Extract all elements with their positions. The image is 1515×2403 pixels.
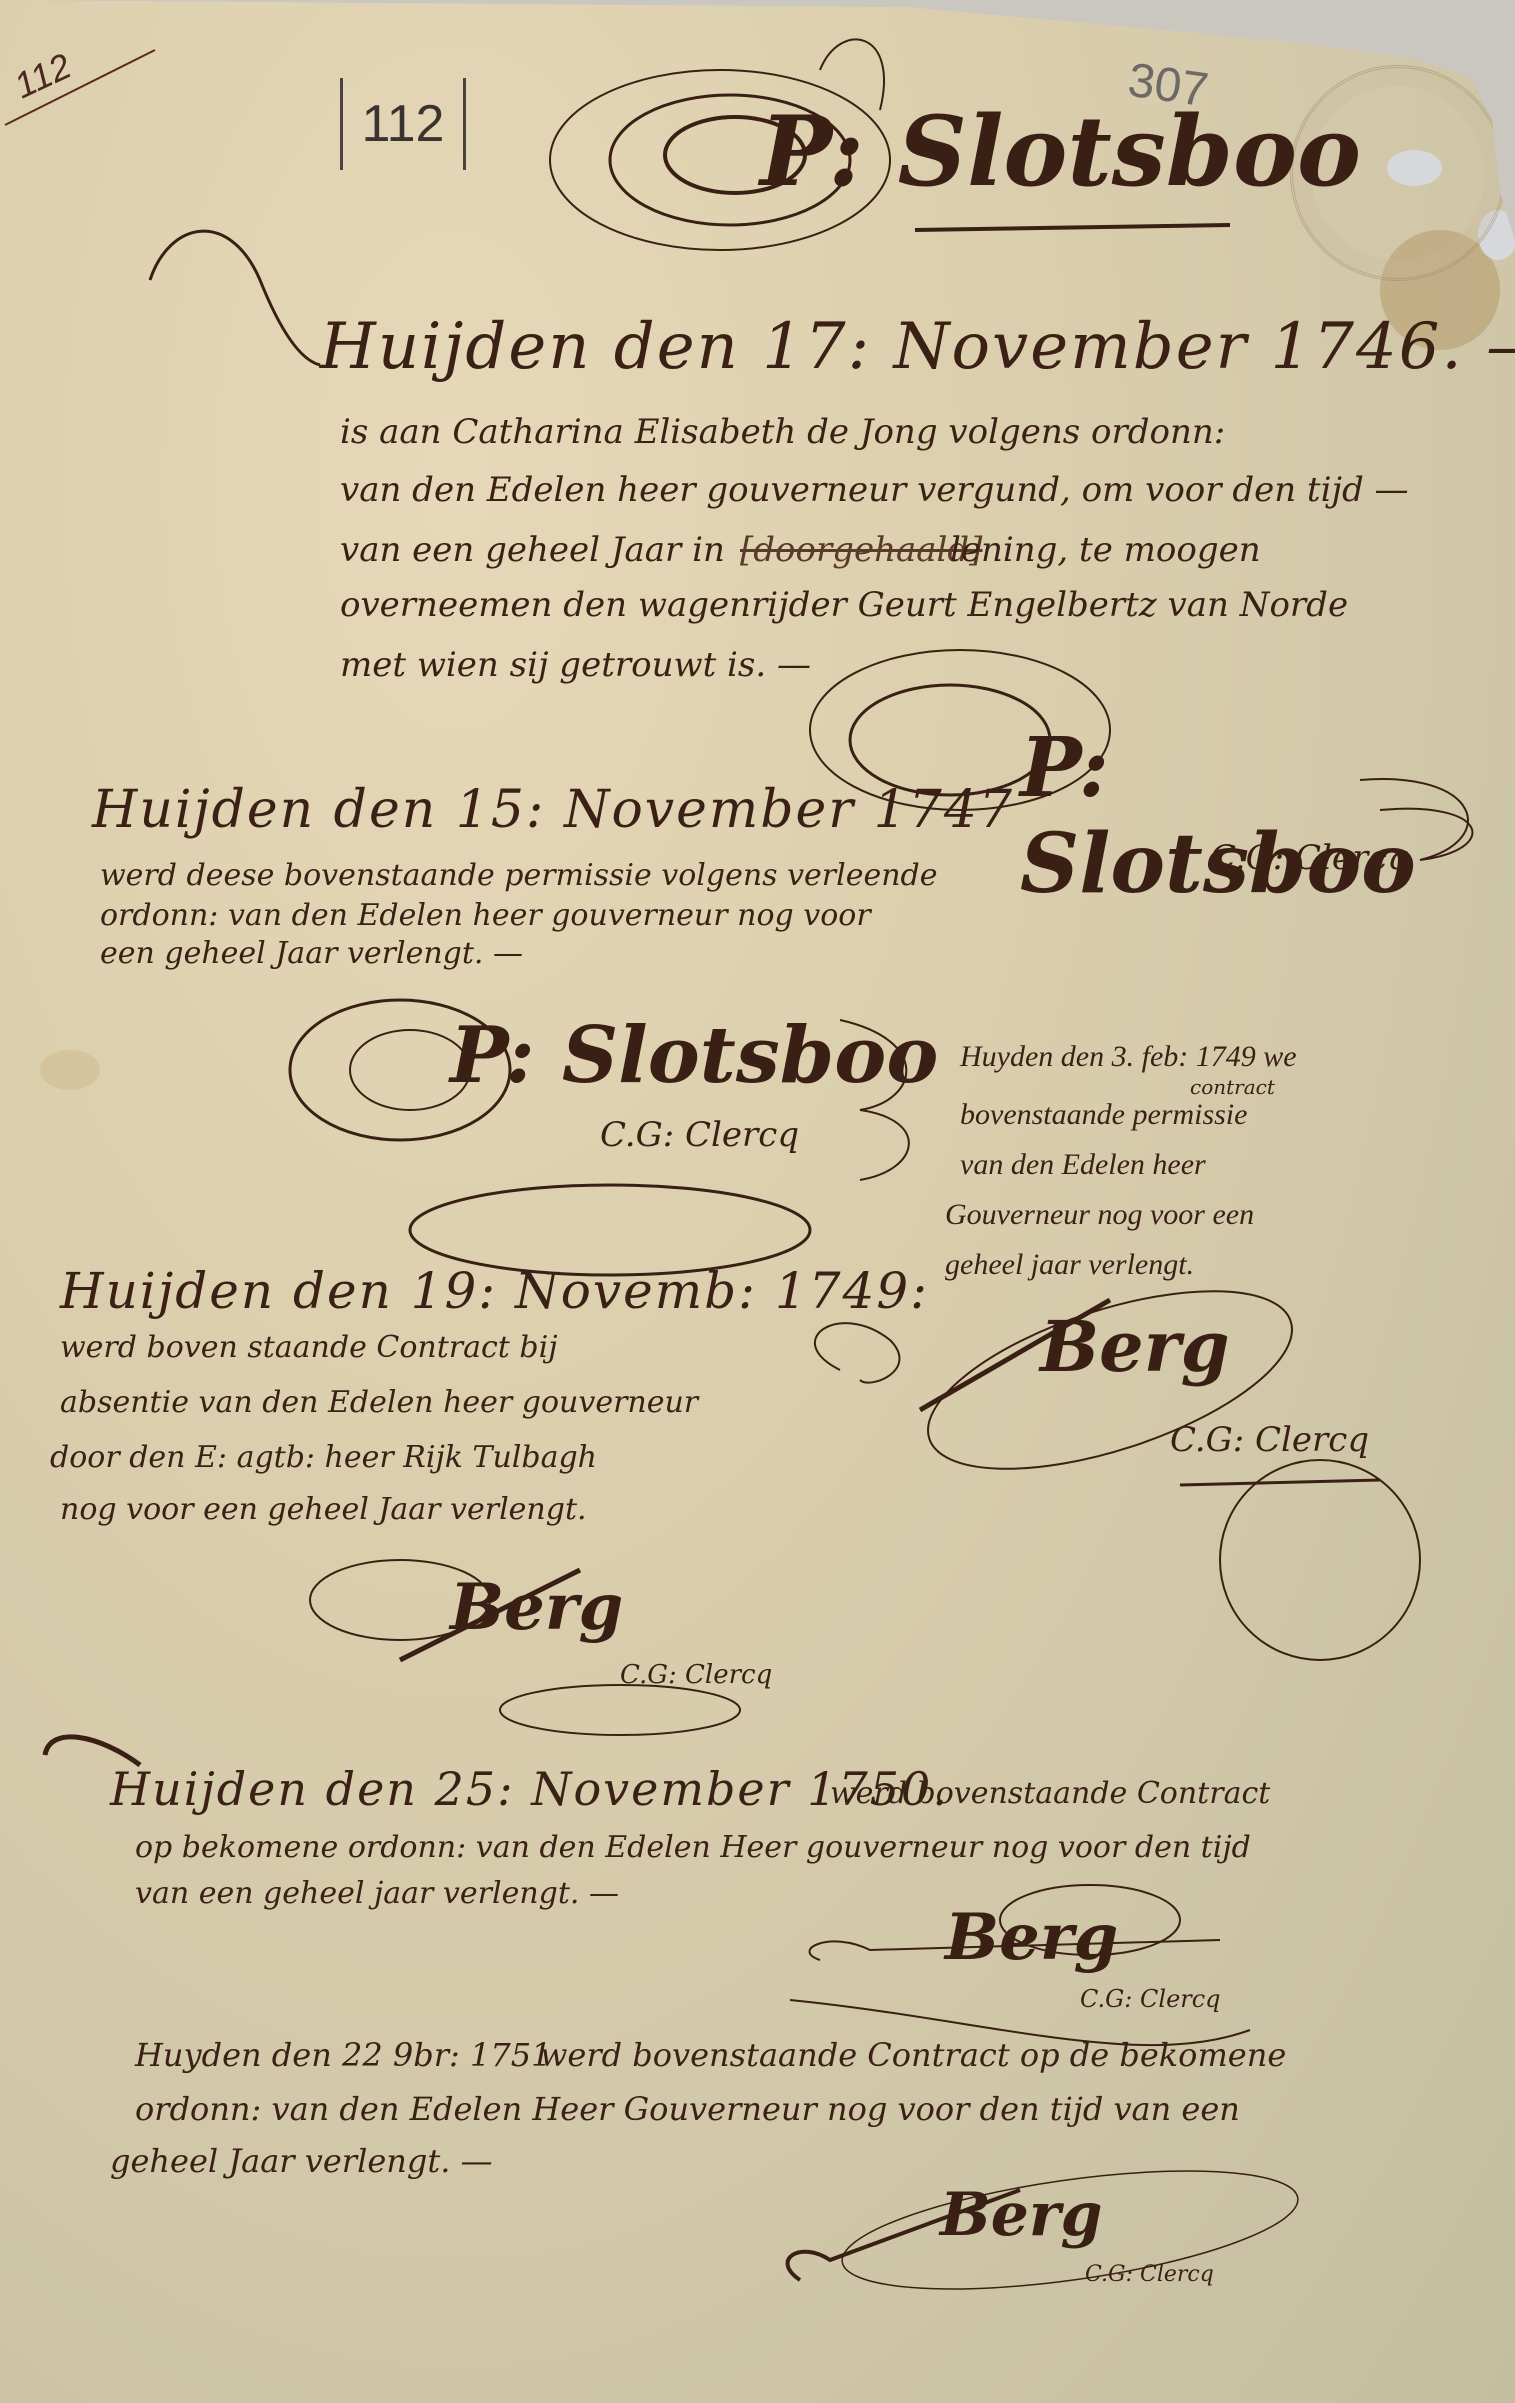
entry2-line-2: ordonn: van den Edelen heer gouverneur n… [100, 898, 871, 933]
entry5-date-heading: Huijden den 25: November 1750. [110, 1762, 949, 1816]
entry5-line-1: werd bovenstaande Contract [830, 1776, 1270, 1811]
entry3-line-1: bovenstaande permissie [960, 1098, 1247, 1132]
entry1-line-3: van een geheel Jaar in [340, 530, 725, 570]
entry2-date-heading: Huijden den 15: November 1747 [92, 780, 1014, 840]
entry3-line-3: Gouverneur nog voor een [945, 1198, 1254, 1232]
entry4-line-3: door den E: agtb: heer Rijk Tulbagh [50, 1440, 597, 1475]
entry1-countersign: C.G: Clercq [1210, 838, 1409, 878]
entry4-line-4: nog voor een geheel Jaar verlengt. [60, 1492, 587, 1527]
entry4-line-2: absentie van den Edelen heer gouverneur [60, 1385, 698, 1420]
boxed-folio-number: 112 [340, 78, 466, 170]
corner-slash-line [0, 0, 160, 130]
entry4-signature: Berg [450, 1570, 623, 1645]
entry5-line-3: van een geheel jaar verlengt. — [135, 1876, 619, 1911]
entry1-line-4: lening, te moogen [950, 530, 1261, 570]
paper-stain [40, 1050, 100, 1090]
entry6-countersign: C.G: Clercq [1085, 2262, 1214, 2287]
entry3-date-heading: Huyden den 3. feb: 1749 we [960, 1040, 1297, 1074]
entry2-countersign: C.G: Clercq [600, 1115, 799, 1155]
entry3-interlinear-insert: contract [1190, 1075, 1275, 1099]
entry2-line-3: een geheel Jaar verlengt. — [100, 936, 523, 971]
entry1-signature: P: Slotsboo [1020, 720, 1515, 912]
entry1-line-5: overneemen den wagenrijder Geurt Engelbe… [340, 585, 1348, 625]
entry1-initial-flourish [140, 220, 340, 370]
entry5-countersign: C.G: Clercq [1080, 1985, 1221, 2013]
folio-number-text: 112 [362, 94, 445, 154]
entry1-line-6: met wien sij getrouwt is. — [340, 645, 811, 685]
entry6-line-1: werd bovenstaande Contract op de bekomen… [540, 2036, 1286, 2074]
header-signature: P: Slotsboo [760, 95, 1361, 208]
entry2-line-1: werd deese bovenstaande permissie volgen… [100, 858, 938, 893]
entry1-struck-word: [doorgehaald] [740, 530, 930, 570]
entry4-line-1: werd boven staande Contract bij [60, 1330, 558, 1365]
entry6-line-3: geheel Jaar verlengt. — [110, 2142, 493, 2180]
entry2-signature: P: Slotsboo [450, 1010, 938, 1101]
entry3-countersign: C.G: Clercq [1170, 1420, 1369, 1460]
manuscript-page: 112 112 307 P: Slotsboo Huijden den 17: … [0, 0, 1515, 2403]
entry5-signature: Berg [945, 1900, 1118, 1975]
entry6-date-heading: Huyden den 22 9br: 1751 [135, 2036, 551, 2074]
entry3-line-2: van den Edelen heer [960, 1148, 1206, 1182]
entry6-line-2: ordonn: van den Edelen Heer Gouverneur n… [135, 2090, 1240, 2128]
entry3-signature: Berg [1040, 1305, 1230, 1388]
entry4-countersign: C.G: Clercq [620, 1660, 772, 1690]
entry1-line-1: is aan Catharina Elisabeth de Jong volge… [340, 412, 1225, 452]
entry6-signature: Berg [940, 2180, 1102, 2250]
entry1-line-2: van den Edelen heer gouverneur vergund, … [340, 470, 1409, 510]
entry1-date-heading: Huijden den 17: November 1746. — [320, 310, 1515, 384]
